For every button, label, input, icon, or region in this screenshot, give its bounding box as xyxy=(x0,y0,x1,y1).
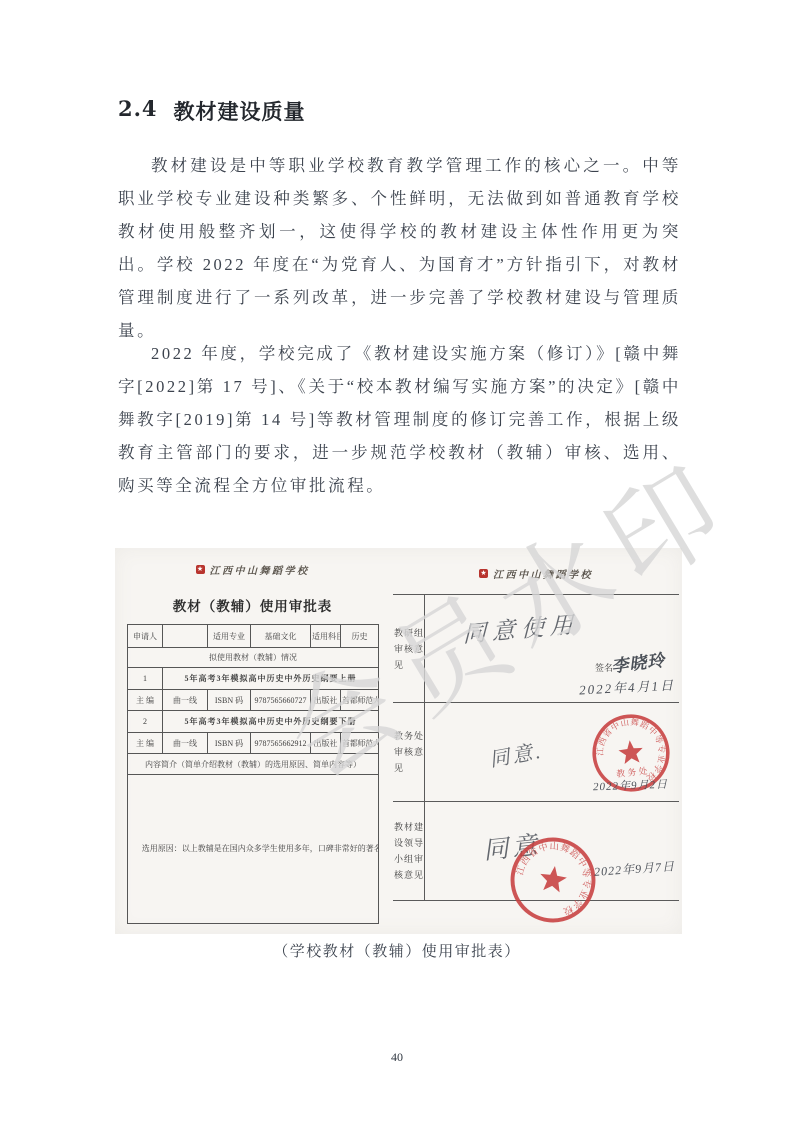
table-row: 拟使用教材（教辅）情况 xyxy=(128,648,379,668)
subject-label: 适用科目 xyxy=(311,625,341,648)
approval-form-table: 申请人 适用专业 基础文化 适用科目 历史 拟使用教材（教辅）情况 1 5年高考… xyxy=(127,624,379,924)
applicant-name-redacted xyxy=(163,625,208,648)
intro-header-cell: 内容简介（简单介绍教材（教辅）的选用原因、简单内容等） xyxy=(128,754,379,775)
scanned-approval-form-image: ★ 江西中山舞蹈学校 教材（教辅）使用审批表 申请人 适用专业 基础文化 适用科… xyxy=(115,548,682,934)
school-seal-icon: ★ xyxy=(196,565,205,574)
table-row: 内容简介（简单介绍教材（教辅）的选用原因、简单内容等） xyxy=(128,754,379,775)
academic-office-section: 教务处审核意见 同意. 江西省中山舞蹈中等专业学校 教务处 2022年9月2日 xyxy=(393,703,679,802)
editor-label: 主 编 xyxy=(128,690,163,711)
teaching-group-section: 教研组审核意见 同意使用 签名 李晓玲 2022年4月1日 xyxy=(393,595,679,703)
document-page: 2.4 教材建设质量 教材建设是中等职业学校教育教学管理工作的核心之一。中等职业… xyxy=(0,0,794,1123)
approval-page: ★ 江西中山舞蹈学校 教研组审核意见 同意使用 签名 李晓玲 2022年4月1日… xyxy=(393,564,679,901)
isbn-label: ISBN 码 xyxy=(208,690,251,711)
school-name: 江西中山舞蹈学校 xyxy=(210,562,310,577)
publisher-value: 首都师范大学出版社 xyxy=(341,733,379,754)
book-title: 5年高考3年模拟高中历史中外历史纲要上册 xyxy=(163,668,379,690)
section-heading: 2.4 教材建设质量 xyxy=(118,96,306,126)
page-number: 40 xyxy=(0,1050,794,1065)
form-page: ★ 江西中山舞蹈学校 教材（教辅）使用审批表 申请人 适用专业 基础文化 适用科… xyxy=(127,558,378,924)
opinion-handwriting: 同意使用 xyxy=(463,606,579,649)
image-caption: （学校教材（教辅）使用审批表） xyxy=(0,940,794,961)
heading-number: 2.4 xyxy=(118,96,158,126)
major-value: 基础文化 xyxy=(251,625,311,648)
table-row: 主 编 曲一线 ISBN 码 9787565660727 出版社 首都师范大学出… xyxy=(128,690,379,711)
section-label: 教务处审核意见 xyxy=(393,703,424,801)
form-title: 教材（教辅）使用审批表 xyxy=(127,595,378,615)
school-name: 江西中山舞蹈学校 xyxy=(493,566,593,581)
editor-value: 曲一线 xyxy=(163,733,208,754)
table-row: 申请人 适用专业 基础文化 适用科目 历史 xyxy=(128,625,379,648)
editor-value: 曲一线 xyxy=(163,690,208,711)
date-handwriting: 2022年9月7日 xyxy=(593,857,675,880)
book-title: 5年高考3年模拟高中历史中外历史纲要下册 xyxy=(163,711,379,733)
publisher-label: 出版社 xyxy=(311,690,341,711)
heading-title: 教材建设质量 xyxy=(174,96,306,126)
section-label: 教研组审核意见 xyxy=(393,595,424,702)
official-stamp-icon: 江西省中山舞蹈中等专业学校 xyxy=(503,830,602,929)
applicant-label: 申请人 xyxy=(128,625,163,648)
textbook-leading-group-section: 教材建设领导小组审核意见 同意 江西省中山舞蹈中等专业学校 2022年9月7日 xyxy=(393,802,679,901)
isbn-label: ISBN 码 xyxy=(208,733,251,754)
section-title-cell: 拟使用教材（教辅）情况 xyxy=(128,648,379,668)
isbn-value: 9787565662912 xyxy=(251,733,311,754)
section-label: 教材建设领导小组审核意见 xyxy=(393,802,424,900)
approval-school-header: ★ 江西中山舞蹈学校 xyxy=(393,566,679,581)
table-row: 选用原因：以上教辅是在国内众多学生使用多年，口碑非常好的著名教学辅助资料，选用题… xyxy=(128,775,379,924)
approval-sections: 教研组审核意见 同意使用 签名 李晓玲 2022年4月1日 教务处审核意见 同意… xyxy=(393,594,679,901)
selection-reason: 选用原因：以上教辅是在国内众多学生使用多年，口碑非常好的著名教学辅助资料，选用题… xyxy=(128,775,379,924)
form-school-header: ★ 江西中山舞蹈学校 xyxy=(127,562,378,577)
table-row: 主 编 曲一线 ISBN 码 9787565662912 出版社 首都师范大学出… xyxy=(128,733,379,754)
date-handwriting: 2022年4月1日 xyxy=(579,675,676,699)
opinion-handwriting: 同意. xyxy=(487,735,545,773)
school-seal-icon: ★ xyxy=(479,569,488,578)
paragraph-2: 2022 年度，学校完成了《教材建设实施方案（修订）》[赣中舞字[2022]第 … xyxy=(118,337,681,502)
date-handwriting: 2022年9月2日 xyxy=(593,776,669,795)
book-no: 2 xyxy=(128,711,163,733)
isbn-value: 9787565660727 xyxy=(251,690,311,711)
publisher-label: 出版社 xyxy=(311,733,341,754)
editor-label: 主 编 xyxy=(128,733,163,754)
major-label: 适用专业 xyxy=(208,625,251,648)
table-row: 1 5年高考3年模拟高中历史中外历史纲要上册 xyxy=(128,668,379,690)
publisher-value: 首都师范大学出版社 xyxy=(341,690,379,711)
book-no: 1 xyxy=(128,668,163,690)
paragraph-1: 教材建设是中等职业学校教育教学管理工作的核心之一。中等职业学校专业建设种类繁多、… xyxy=(118,149,681,347)
table-row: 2 5年高考3年模拟高中历史中外历史纲要下册 xyxy=(128,711,379,733)
subject-value: 历史 xyxy=(341,625,379,648)
signature-handwriting: 李晓玲 xyxy=(610,646,667,677)
